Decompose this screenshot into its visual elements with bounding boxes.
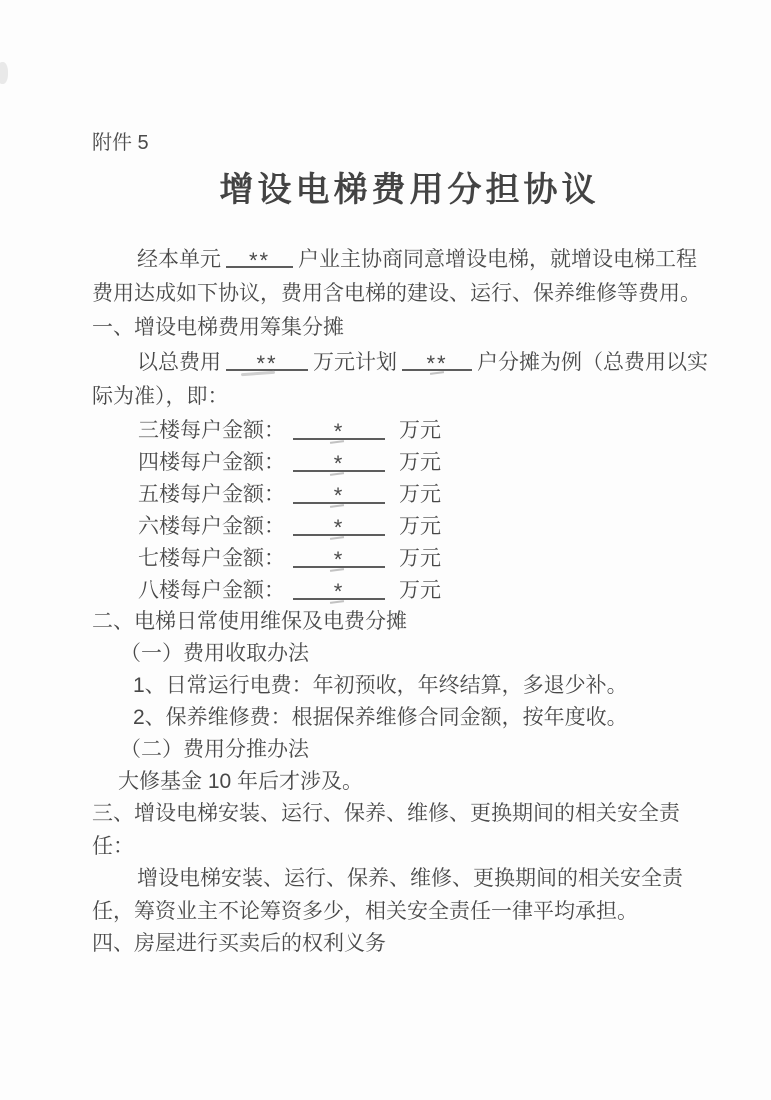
attachment-label: 附件 5 bbox=[92, 130, 703, 156]
floor-unit: 万元 bbox=[399, 483, 441, 506]
section3-heading-line-2: 任： bbox=[92, 831, 703, 864]
blank-value: * bbox=[334, 544, 345, 575]
blank-value: * bbox=[334, 416, 345, 447]
section2-sub2: （二）费用分推办法 bbox=[92, 734, 703, 766]
floor-row-3: 三楼每户金额：*万元 bbox=[92, 414, 703, 446]
fill-in-blank-floor3-amount: * bbox=[293, 414, 385, 440]
section3-and-4: 三、增设电梯安装、运行、保养、维修、更换期间的相关安全责 任： 增设电梯安装、运… bbox=[92, 798, 703, 961]
intro-and-section1: 经本单元**户业主协商同意增设电梯，就增设电梯工程 费用达成如下协议，费用含电梯… bbox=[92, 242, 703, 414]
blank-value: * bbox=[334, 480, 345, 511]
fill-in-blank-floor4-amount: * bbox=[293, 446, 385, 472]
document-content: 附件 5 增设电梯费用分担协议 经本单元**户业主协商同意增设电梯，就增设电梯工… bbox=[0, 0, 771, 961]
fill-in-blank-floor7-amount: * bbox=[293, 542, 385, 568]
floor-unit: 万元 bbox=[399, 419, 441, 442]
floor-unit: 万元 bbox=[399, 515, 441, 538]
section3-body-line-2: 任，筹资业主不论筹资多少，相关安全责任一律平均承担。 bbox=[92, 896, 703, 929]
intro-line-1: 经本单元**户业主协商同意增设电梯，就增设电梯工程 bbox=[92, 242, 703, 277]
blank-value: ** bbox=[426, 347, 447, 381]
s1-mid: 万元计划 bbox=[313, 351, 397, 374]
floor-label: 八楼每户金额： bbox=[138, 579, 285, 602]
intro-line-1-pre: 经本单元 bbox=[137, 248, 221, 271]
intro-line-2: 费用达成如下协议，费用含电梯的建设、运行、保养维修等费用。 bbox=[92, 277, 703, 311]
fill-in-blank-floor6-amount: * bbox=[293, 510, 385, 536]
intro-line-1-post: 户业主协商同意增设电梯，就增设电梯工程 bbox=[298, 248, 697, 271]
fill-in-blank-floor8-amount: * bbox=[293, 574, 385, 600]
section2-heading: 二、电梯日常使用维保及电费分摊 bbox=[92, 606, 703, 638]
floor-amount-list: 三楼每户金额：*万元 四楼每户金额：*万元 五楼每户金额：*万元 六楼每户金额：… bbox=[92, 414, 703, 606]
floor-row-5: 五楼每户金额：*万元 bbox=[92, 478, 703, 510]
section2-item1: 1、日常运行电费：年初预收，年终结算，多退少补。 bbox=[92, 670, 703, 702]
section4-heading: 四、房屋进行买卖后的权利义务 bbox=[92, 928, 703, 961]
section2-item2: 2、保养维修费：根据保养维修合同金额，按年度收。 bbox=[92, 702, 703, 734]
floor-unit: 万元 bbox=[399, 451, 441, 474]
section2-note: 大修基金 10 年后才涉及。 bbox=[92, 766, 703, 798]
fill-in-blank-total-cost: ** bbox=[226, 345, 308, 371]
blank-value: * bbox=[334, 576, 345, 607]
scanned-document-page: 附件 5 增设电梯费用分担协议 经本单元**户业主协商同意增设电梯，就增设电梯工… bbox=[0, 0, 771, 1100]
section1-line-1: 以总费用**万元计划**户分摊为例（总费用以实 bbox=[92, 345, 703, 380]
blank-value: ** bbox=[249, 244, 270, 278]
floor-row-6: 六楼每户金额：*万元 bbox=[92, 510, 703, 542]
floor-unit: 万元 bbox=[399, 579, 441, 602]
floor-label: 七楼每户金额： bbox=[138, 547, 285, 570]
floor-label: 四楼每户金额： bbox=[138, 451, 285, 474]
floor-label: 五楼每户金额： bbox=[138, 483, 285, 506]
s1-pre: 以总费用 bbox=[137, 351, 221, 374]
blank-value: * bbox=[334, 448, 345, 479]
floor-label: 六楼每户金额： bbox=[138, 515, 285, 538]
floor-row-8: 八楼每户金额：*万元 bbox=[92, 574, 703, 606]
section2-sub1: （一）费用收取办法 bbox=[92, 638, 703, 670]
section3-heading-line-1: 三、增设电梯安装、运行、保养、维修、更换期间的相关安全责 bbox=[92, 798, 703, 831]
section3-body-line-1: 增设电梯安装、运行、保养、维修、更换期间的相关安全责 bbox=[92, 863, 703, 896]
section1-line-2: 际为准），即： bbox=[92, 380, 703, 414]
fill-in-blank-floor5-amount: * bbox=[293, 478, 385, 504]
s1-post: 户分摊为例（总费用以实 bbox=[477, 351, 708, 374]
section2: 二、电梯日常使用维保及电费分摊 （一）费用收取办法 1、日常运行电费：年初预收，… bbox=[92, 606, 703, 798]
floor-unit: 万元 bbox=[399, 547, 441, 570]
section1-heading: 一、增设电梯费用筹集分摊 bbox=[92, 311, 703, 345]
fill-in-blank-unit-households: ** bbox=[226, 242, 293, 268]
floor-label: 三楼每户金额： bbox=[138, 419, 285, 442]
fill-in-blank-household-count: ** bbox=[402, 345, 472, 371]
blank-value: * bbox=[334, 512, 345, 543]
floor-row-4: 四楼每户金额：*万元 bbox=[92, 446, 703, 478]
blank-value: ** bbox=[256, 347, 277, 381]
floor-row-7: 七楼每户金额：*万元 bbox=[92, 542, 703, 574]
document-title: 增设电梯费用分担协议 bbox=[104, 168, 715, 212]
